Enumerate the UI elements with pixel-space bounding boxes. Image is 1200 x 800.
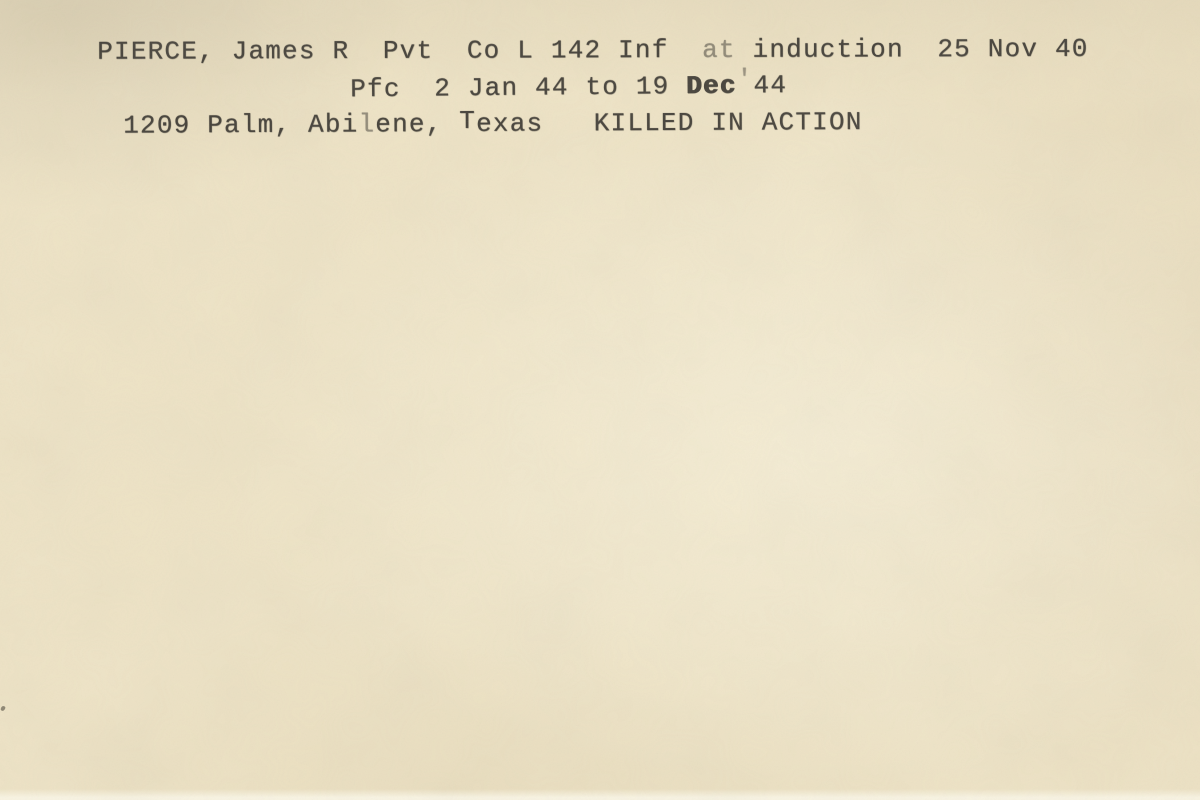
typewritten-line-address-status: 1209 Palm, Abilene, Texas KILLED IN ACTI… (56, 77, 863, 171)
text-segment-raised: T (459, 106, 476, 136)
text-segment-faint: l (358, 109, 375, 139)
text-segment: 1209 Palm, Abi (123, 110, 358, 141)
index-card: PIERCE, James R Pvt Co L 142 Inf at indu… (0, 0, 1200, 800)
text-segment: ene, (375, 109, 459, 139)
text-segment: induction 25 Nov 40 (736, 34, 1089, 65)
text-segment: exas KILLED IN ACTION (476, 107, 863, 139)
paper-speck (0, 705, 6, 711)
card-bottom-edge (0, 789, 1200, 800)
